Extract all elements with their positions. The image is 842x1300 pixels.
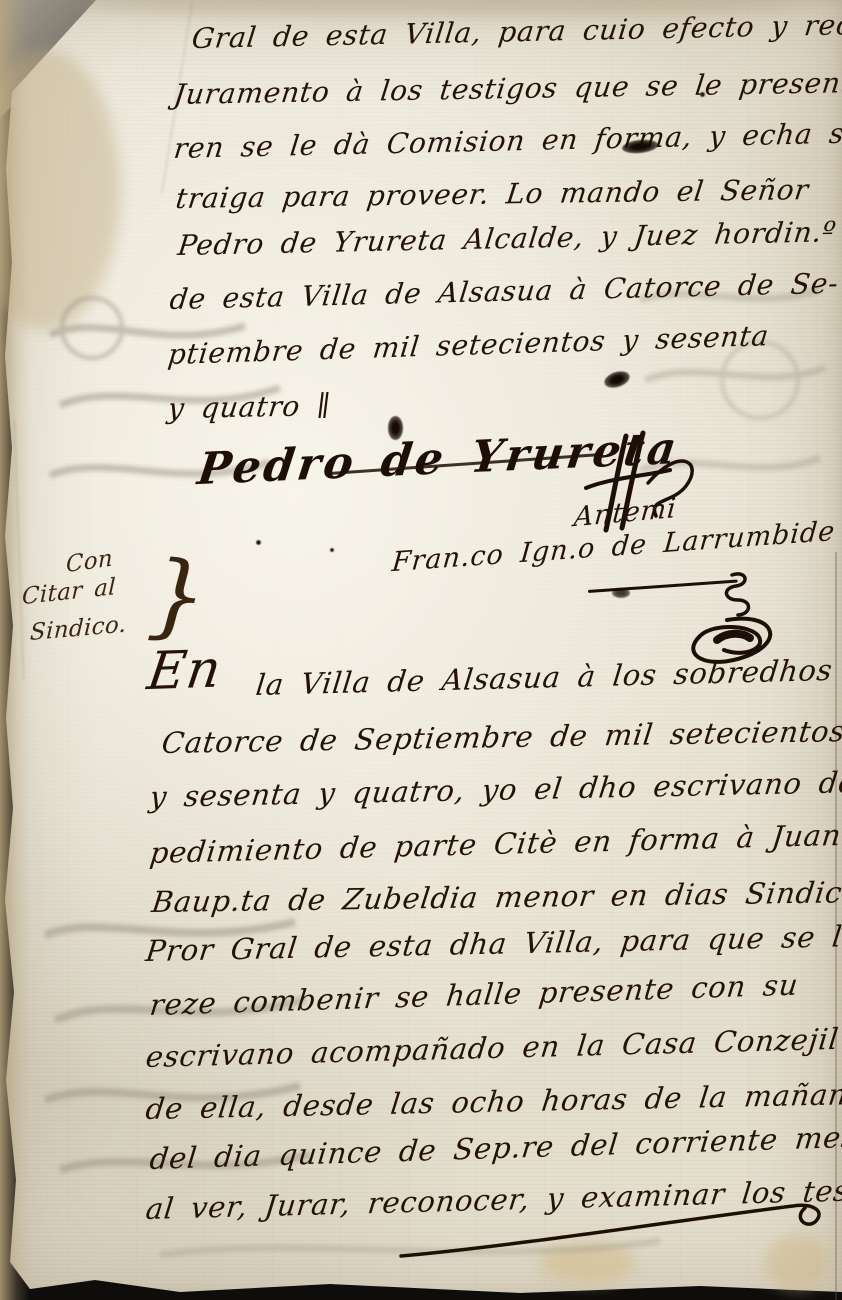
ink-speck (256, 540, 261, 545)
margin-brace-icon: } (145, 548, 211, 644)
closing-flourish (395, 1192, 835, 1267)
ink-blot (612, 588, 630, 598)
ink-speck (700, 92, 705, 97)
ink-blot (388, 416, 403, 440)
manuscript-page: Gral de esta Villa, para cuio efecto y r… (0, 0, 842, 1300)
p1-line-8: y quatro ∥ (166, 389, 333, 425)
ink-speck (330, 548, 334, 552)
p2-initial: En (144, 639, 225, 702)
